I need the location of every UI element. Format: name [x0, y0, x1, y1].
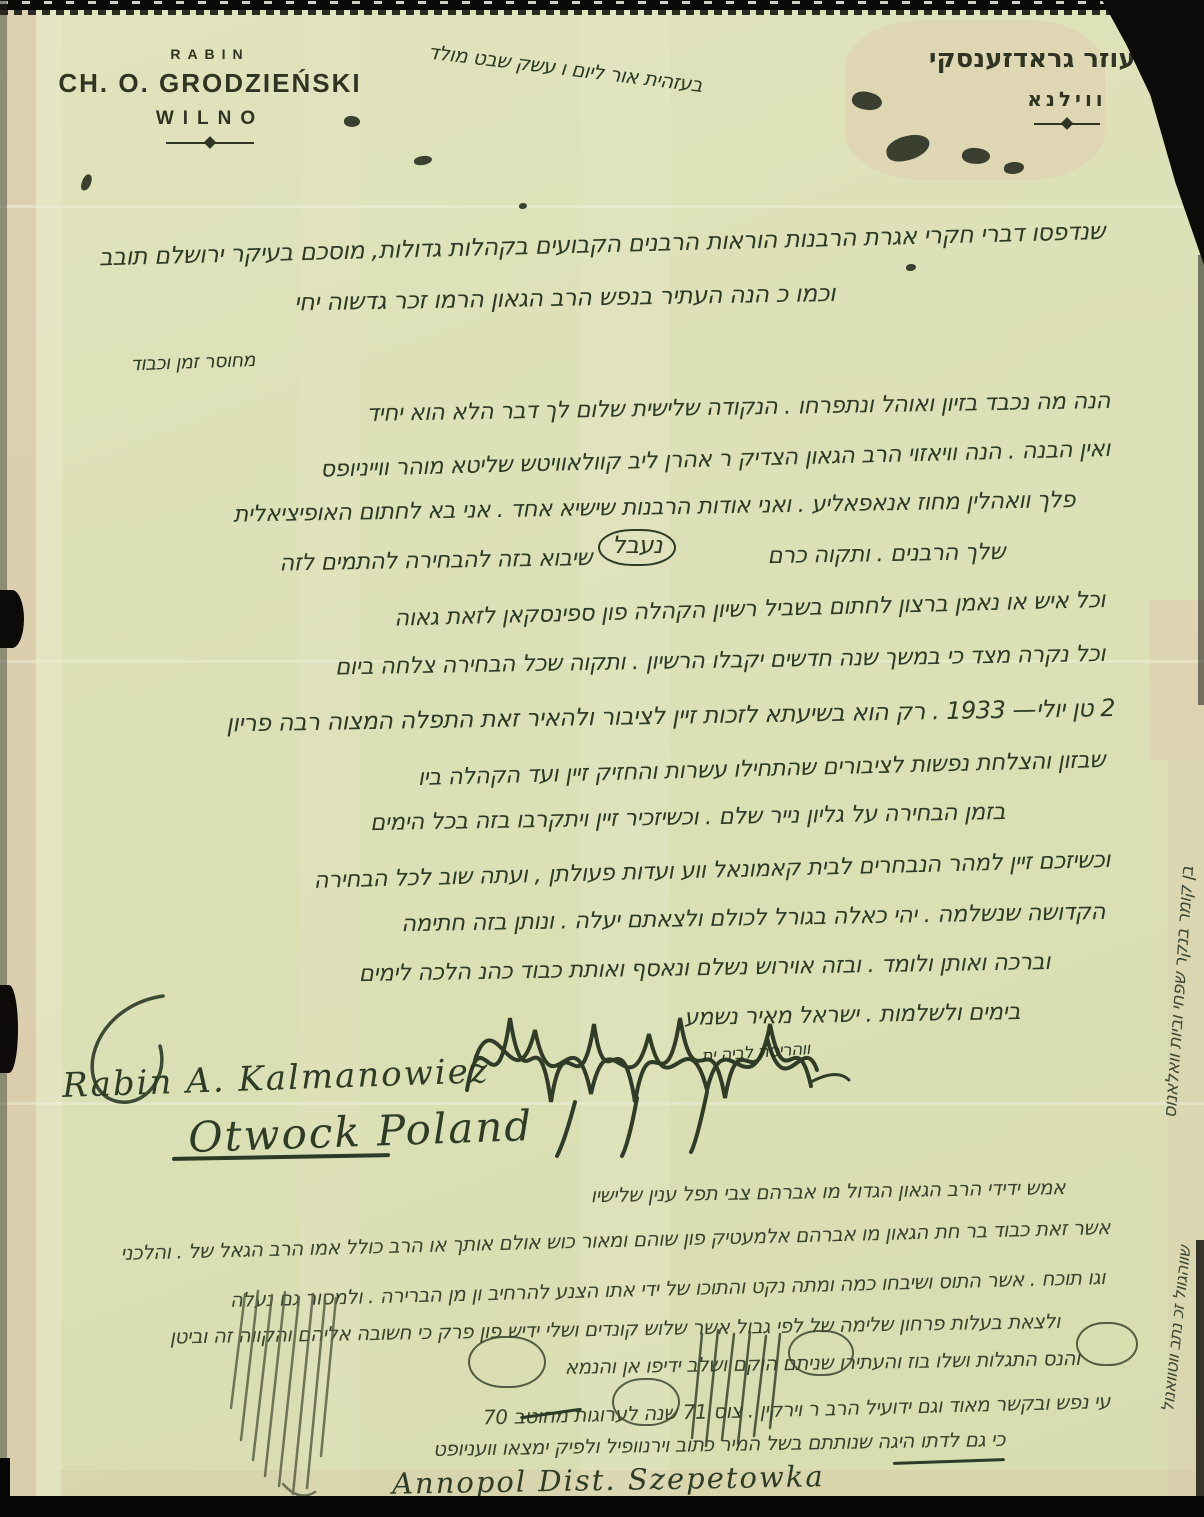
scan-edge-right — [1196, 1240, 1204, 1497]
handwriting-line: פלך וואהלין מחוז אנאפאליע . ואני אודות ה… — [35, 487, 1075, 532]
scanned-letter-page: RABIN CH. O. GRODZIEŃSKI WILNO חיים עוזר… — [0, 0, 1204, 1517]
handwriting-line: וכל נקרה מצד כי במשך שנה חדשים יקבלו הרש… — [55, 641, 1105, 686]
scan-edge-right — [1198, 255, 1204, 705]
ink-flourish — [68, 984, 178, 1112]
crease-line — [0, 205, 1204, 208]
letterhead-name: CH. O. GRODZIEŃSKI — [50, 68, 370, 99]
divider-ornament — [166, 142, 254, 144]
handwriting-line: וגו תוכח . אשר התוס ושיבחו כמה ומתה נקט … — [35, 1266, 1105, 1317]
ink-circle-mark — [1076, 1322, 1138, 1366]
word-underline — [893, 1458, 1005, 1465]
scan-edge-corner — [0, 1458, 10, 1517]
pink-stain — [1150, 600, 1204, 760]
handwriting-line: שלך הרבנים . ותקוה כרם — [690, 539, 1005, 571]
handwriting-line: שנדפסו דברי חקרי אגרת הרבנות הוראות הרבנ… — [35, 218, 1105, 274]
ink-smudge — [80, 173, 94, 192]
scan-edge-top — [0, 0, 1204, 10]
handwriting-line: ולצאת בעלות פרחון שלימה של לפי גבול אשר … — [35, 1310, 1060, 1351]
letterhead-title: RABIN — [50, 46, 370, 62]
latin-script-line: Annopol Dist. Szepetowka — [392, 1460, 838, 1501]
handwriting-line: וכשיזכם זיין למהר הנבחרים לבית קאמונאל ו… — [30, 847, 1110, 902]
handwriting-line: הקדושה שנשלמה . יהי כאלה בגורל לכולם ולצ… — [55, 899, 1105, 944]
ink-smudge — [850, 88, 884, 113]
pencil-scribble — [225, 1288, 340, 1503]
signature-scribble — [455, 990, 855, 1160]
ink-smudge — [1004, 162, 1024, 174]
handwriting-line: אשר זאת כבוד בר חת הגאון מו אברהם אלמעטי… — [35, 1216, 1110, 1267]
scan-edge-notch — [0, 985, 18, 1073]
handwriting-line: וברכה ואותן ולומד . ובזה אוירוש נשלם ונא… — [85, 949, 1050, 992]
fold-stain — [36, 0, 62, 1517]
scan-edge-bottom — [0, 1496, 1204, 1517]
circled-word: נעבל — [598, 529, 676, 566]
handwritten-dateline: בעזהית אור ליום ו עשק שבט מולד — [403, 38, 704, 97]
handwriting-line: מחוסר זמן וכבוד — [100, 350, 256, 377]
ink-strokes — [688, 1328, 788, 1453]
letterhead-left: RABIN CH. O. GRODZIEŃSKI WILNO — [50, 46, 370, 144]
scan-edge-notch — [0, 590, 24, 648]
handwriting-line: בזמן הבחירה על גליון נייר שלם . וכשיזכיר… — [45, 799, 1005, 842]
handwriting-line: שיבוא בזה להבחירה להתמים לזה — [160, 545, 592, 579]
ink-smudge — [414, 155, 433, 166]
scan-edge-left — [0, 0, 7, 1517]
torn-corner — [1090, 0, 1204, 265]
handwriting-line: שבזון והצלחת נפשות לציבורים שהתחילו עשרו… — [40, 747, 1105, 801]
ink-circle-mark — [612, 1378, 680, 1426]
fold-stain — [6, 0, 36, 1517]
ink-smudge — [961, 146, 991, 166]
handwriting-line: 2 טן יולי— 1933 . רק הוא בשיעתא לזכות זי… — [40, 695, 1115, 741]
handwriting-line: וכמו כ הנה העתיר בנפש הרב הגאון הרמו זכר… — [140, 280, 835, 320]
ink-smudge — [906, 264, 916, 271]
ink-smudge — [884, 132, 932, 165]
handwriting-line: ואין הבנה . הנה וויאזוי הרב הגאון הצדיק … — [35, 436, 1110, 491]
handwriting-line: הנה מה נכבד בזיון ואוהל ונתפרחו . הנקודה… — [35, 388, 1110, 433]
handwriting-line: וכל איש או נאמן ברצון לחתום בשביל רשיון … — [30, 587, 1105, 642]
letterhead-city: WILNO — [50, 108, 370, 130]
ink-circle-mark — [468, 1336, 546, 1388]
handwriting-line: אמש ידידי הרב הגאון הגדול מו אברהם צבי ת… — [490, 1176, 1065, 1209]
ink-smudge — [519, 203, 527, 209]
ink-circle-mark — [788, 1330, 854, 1376]
divider-ornament — [1034, 123, 1100, 125]
